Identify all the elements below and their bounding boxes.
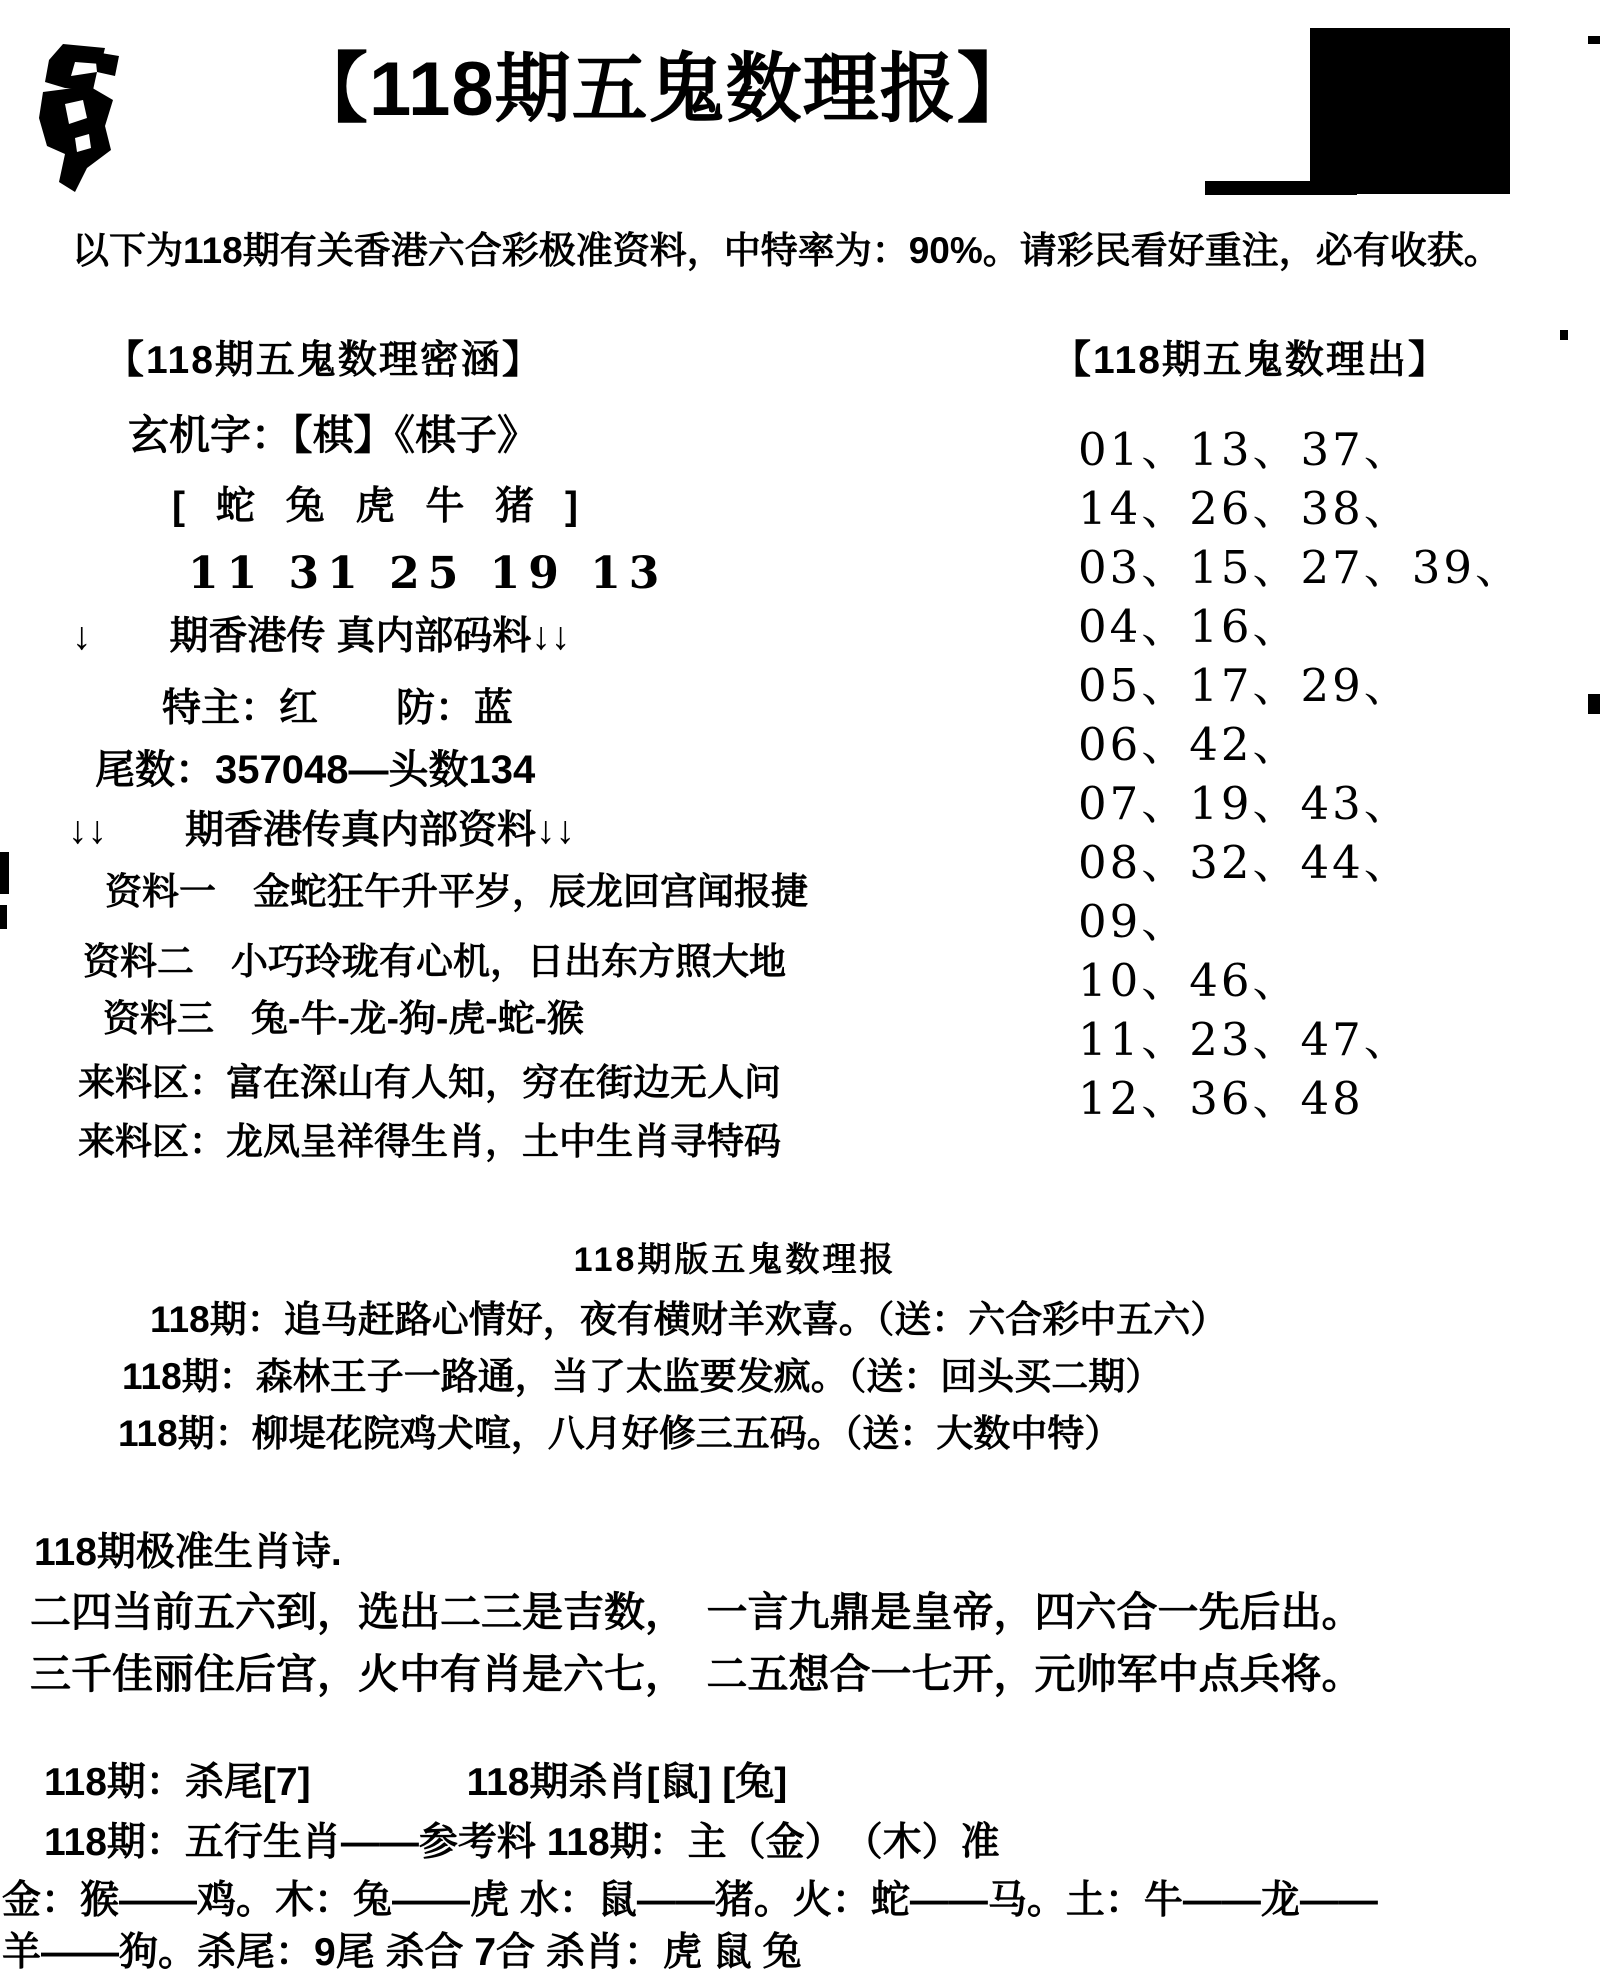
elements-mapping-line: 金：猴——鸡。木：兔——虎 水：鼠——猪。火：蛇——马。土：牛——龙—— — [2, 1880, 1378, 1923]
mystery-word-line: 玄机字：【棋】《棋子》 — [128, 413, 538, 458]
scan-speck — [0, 905, 7, 929]
five-elements-reference-line: 118期：五行生肖——参考料 118期：主（金） （木）准 — [44, 1822, 1000, 1865]
number-row: 01、13、37、 — [1078, 420, 1523, 479]
scan-speck — [1588, 36, 1600, 44]
poem-line-2: 三千佳丽住后宫，火中有肖是六七， 二五想合一七开，元帅军中点兵将。 — [30, 1652, 1363, 1697]
number-row: 04、16、 — [1078, 597, 1523, 656]
number-row: 08、32、44、 — [1078, 833, 1523, 892]
info-line-2: 资料二 小巧玲珑有心机，日出东方照大地 — [83, 942, 786, 983]
info-line-3: 资料三 兔-牛-龙-狗-虎-蛇-猴 — [103, 999, 584, 1040]
poem-line-1: 二四当前五六到，选出二三是吉数， 一言九鼎是皇帝，四六合一先后出。 — [30, 1590, 1363, 1635]
info-line-1: 资料一 金蛇狂午升平岁，辰龙回宫闻报捷 — [105, 872, 808, 913]
zodiac-list-line: [ 蛇 兔 虎 牛 猪 ] — [172, 486, 588, 529]
number-row: 03、15、27、39、 — [1078, 538, 1523, 597]
number-row: 10、46、 — [1078, 951, 1523, 1010]
number-row: 09、 — [1078, 892, 1523, 951]
number-row: 06、42、 — [1078, 715, 1523, 774]
right-section-heading: 【118期五鬼数理出】 — [1052, 340, 1449, 383]
hk-inside-code-line: ↓ 期香港传 真内部码料↓↓ — [72, 616, 570, 659]
verse-line-1: 118期：追马赶路心情好，夜有横财羊欢喜。（送：六合彩中五六） — [150, 1300, 1227, 1341]
number-row: 12、36、48 — [1078, 1069, 1523, 1128]
middle-section-heading: 118期版五鬼数理报 — [0, 1242, 1470, 1279]
kill-tail-zodiac-line: 118期：杀尾[7] 118期杀肖[鼠] [兔] — [44, 1762, 787, 1805]
verse-line-2: 118期：森林王子一路通，当了太监要发疯。（送：回头买二期） — [122, 1357, 1162, 1398]
verse-line-3: 118期：柳堤花院鸡犬喧，八月好修三五码。（送：大数中特） — [118, 1414, 1121, 1455]
scan-speck — [1560, 330, 1568, 340]
page-title: 【118期五鬼数理报】 — [292, 48, 1034, 132]
intro-paragraph: 以下为118期有关香港六合彩极准资料，中特率为：90%。请彩民看好重注，必有收获… — [72, 220, 1552, 282]
redacted-black-square — [1310, 28, 1510, 194]
elements-mapping-continued-line: 羊——狗。杀尾：9尾 杀合 7合 杀肖：虎 鼠 兔 — [2, 1932, 802, 1969]
hk-inside-info-line: ↓↓ 期香港传真内部资料↓↓ — [68, 810, 575, 853]
special-main-color-line: 特主：红 防：蓝 — [162, 688, 513, 731]
scan-artifact-bar — [1205, 181, 1357, 195]
scan-speck — [0, 852, 9, 894]
number-row: 11、23、47、 — [1078, 1010, 1523, 1069]
number-list-line: 11 31 25 19 13 — [188, 550, 667, 598]
left-section-heading: 【118期五鬼数理密涵】 — [105, 340, 543, 383]
scan-speck — [1588, 694, 1600, 714]
source-zone-line-1: 来料区：富在深山有人知，穷在街边无人问 — [78, 1063, 781, 1104]
masthead-ink-smudge-logo — [35, 42, 127, 194]
poem-heading: 118期极准生肖诗. — [34, 1532, 342, 1575]
number-row: 05、17、29、 — [1078, 656, 1523, 715]
number-row: 14、26、38、 — [1078, 479, 1523, 538]
source-zone-line-2: 来料区：龙凤呈祥得生肖，土中生肖寻特码 — [78, 1122, 781, 1163]
number-row: 07、19、43、 — [1078, 774, 1523, 833]
number-output-list: 01、13、37、 14、26、38、 03、15、27、39、 04、16、 … — [1078, 420, 1523, 1128]
tail-head-numbers-line: 尾数：357048—头数134 — [95, 748, 535, 792]
scanned-lottery-sheet: { "page": { "colors": { "ink": "#000000"… — [0, 0, 1600, 1969]
